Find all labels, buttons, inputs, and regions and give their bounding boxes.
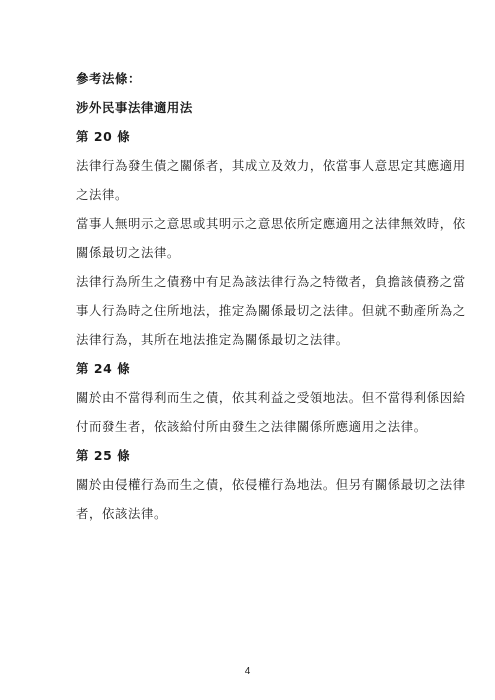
article-text-line: 之法律。 xyxy=(76,180,428,209)
article-text-line: 關於由不當得利而生之債，依其利益之受領地法。但不當得利係因給 xyxy=(76,383,428,412)
article-text-line: 法律行為，其所在地法推定為關係最切之法律。 xyxy=(76,325,428,354)
article-title: 第 20 條 xyxy=(76,122,428,151)
document-page: 參考法條： 涉外民事法律適用法 第 20 條 法律行為發生債之關係者，其成立及效… xyxy=(0,0,495,700)
article-title: 第 25 條 xyxy=(76,441,428,470)
reference-heading: 參考法條： xyxy=(76,64,428,93)
article-title: 第 24 條 xyxy=(76,354,428,383)
article-text-line: 關係最切之法律。 xyxy=(76,238,428,267)
article-text-line: 法律行為所生之債務中有足為該法律行為之特徵者，負擔該債務之當 xyxy=(76,267,428,296)
law-title: 涉外民事法律適用法 xyxy=(76,93,428,122)
article-text-line: 者，依該法律。 xyxy=(76,499,428,528)
article-text-line: 事人行為時之住所地法，推定為關係最切之法律。但就不動產所為之 xyxy=(76,296,428,325)
page-number: 4 xyxy=(0,666,495,677)
article-text-line: 付而發生者，依該給付所由發生之法律關係所應適用之法律。 xyxy=(76,412,428,441)
article-text-line: 法律行為發生債之關係者，其成立及效力，依當事人意思定其應適用 xyxy=(76,151,428,180)
page-content: 參考法條： 涉外民事法律適用法 第 20 條 法律行為發生債之關係者，其成立及效… xyxy=(76,64,428,528)
article-text-line: 當事人無明示之意思或其明示之意思依所定應適用之法律無效時，依 xyxy=(76,209,428,238)
article-text-line: 關於由侵權行為而生之債，依侵權行為地法。但另有關係最切之法律 xyxy=(76,470,428,499)
